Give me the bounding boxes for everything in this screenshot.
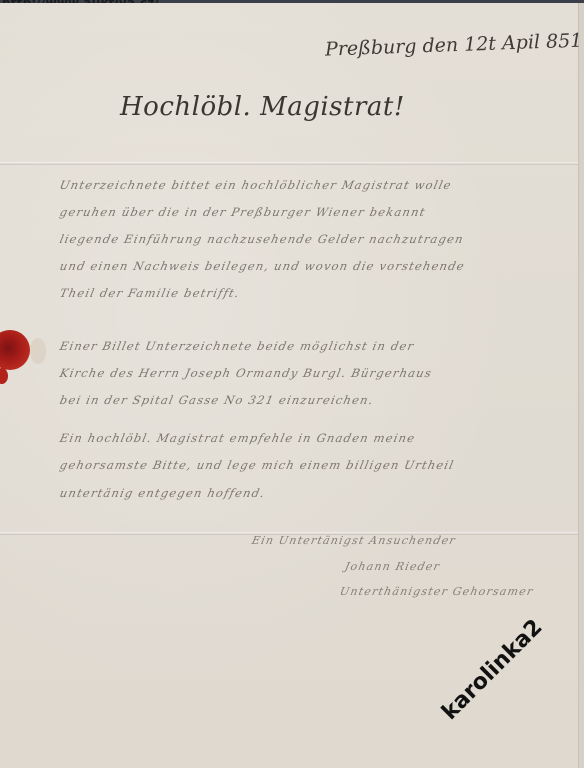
body-line: gehorsamste Bitte, und lege mich einem b…: [59, 458, 456, 472]
body-line: bei in der Spital Gasse No 321 einzureic…: [59, 393, 376, 407]
body-line: untertänig entgegen hoffend.: [59, 486, 267, 500]
closing-line: Unterthänigster Gehorsamer: [339, 585, 535, 598]
body-line: Ein hochlöbl. Magistrat empfehle in Gnad…: [59, 431, 417, 445]
closing-line: Ein Untertänigst Ansuchender: [251, 534, 458, 547]
body-line: geruhen über die in der Preßburger Wiene…: [59, 205, 428, 219]
seal-stain: [30, 338, 46, 364]
body-line: liegende Einführung nachzusehende Gelder…: [59, 232, 466, 246]
paper-edge: [578, 3, 584, 768]
body-line: Einer Billet Unterzeichnete beide möglic…: [59, 339, 416, 353]
signature-name: Johann Rieder: [344, 560, 442, 573]
body-line: Unterzeichnete bittet ein hochlöblicher …: [59, 178, 454, 192]
body-line: Kirche des Herrn Joseph Ormandy Burgl. B…: [59, 366, 434, 380]
body-line: und einen Nachweis beilegen, und wovon d…: [59, 259, 467, 273]
body-line: Theil der Familie betrifft.: [59, 286, 242, 300]
fold-line-upper: [0, 162, 578, 165]
salutation: Hochlöbl. Magistrat!: [120, 92, 405, 122]
